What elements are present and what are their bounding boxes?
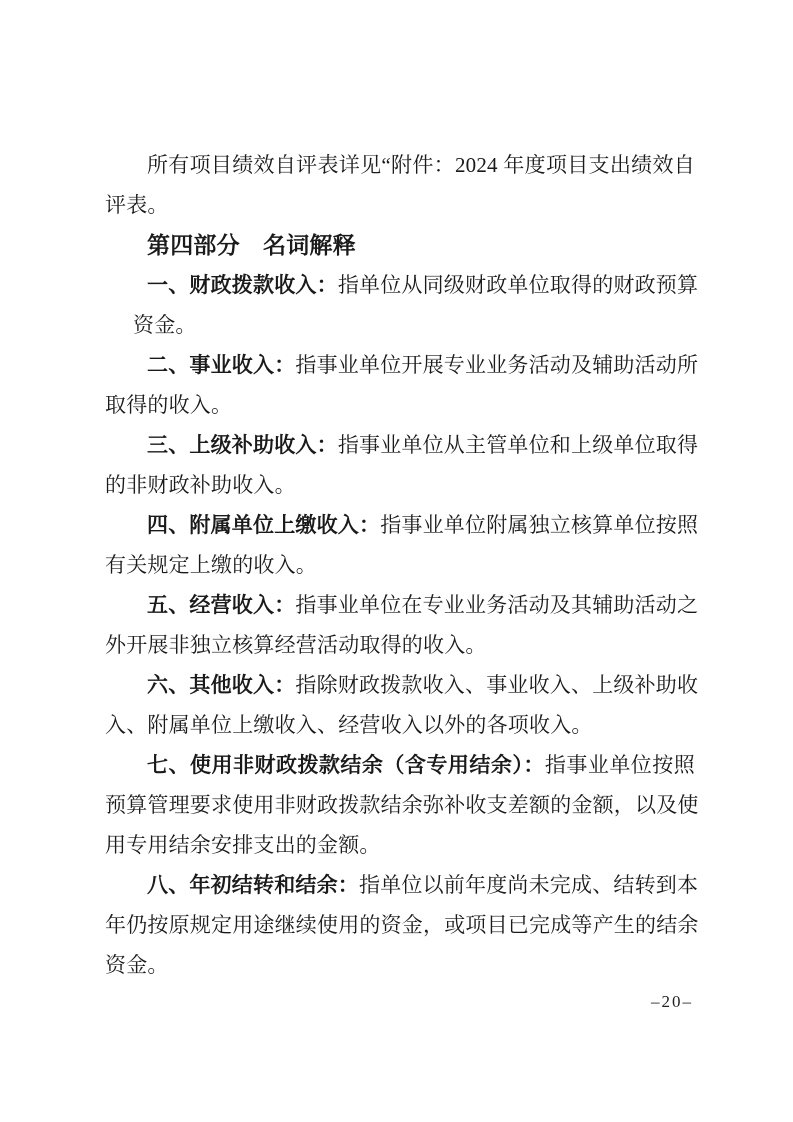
term-definition: 资金。 [133, 313, 197, 337]
term-label: 七、使用非财政拨款结余（含专用结余）： [147, 754, 545, 777]
term-definition: 指事业单位从主管单位和上级单位取得 [338, 433, 698, 457]
term-label: 六、其他收入： [147, 674, 295, 697]
term-affiliated-remittance-line-2: 有关规定上缴的收入。 [105, 545, 695, 585]
term-superior-subsidy-line-1: 三、上级补助收入：指事业单位从主管单位和上级单位取得 [105, 425, 695, 465]
document-body: 所有项目绩效自评表详见“附件：2024 年度项目支出绩效自 评表。 第四部分 名… [105, 145, 695, 985]
term-definition: 指事业单位附属独立核算单位按照 [380, 513, 698, 537]
term-definition: 的非财政补助收入。 [105, 473, 296, 497]
term-definition: 指除财政拨款收入、事业收入、上级补助收 [295, 673, 698, 697]
term-definition: 指单位以前年度尚未完成、结转到本 [359, 873, 698, 897]
intro-text: 所有项目绩效自评表详见“附件：2024 年度项目支出绩效自 [147, 153, 695, 177]
term-definition: 有关规定上缴的收入。 [105, 553, 317, 577]
term-other-income-line-1: 六、其他收入：指除财政拨款收入、事业收入、上级补助收 [105, 665, 695, 705]
term-label: 一、财政拨款收入： [147, 274, 338, 297]
term-label: 三、上级补助收入： [147, 434, 338, 457]
term-carryover-line-2: 年仍按原规定用途继续使用的资金，或项目已完成等产生的结余 [105, 905, 695, 945]
term-definition: 入、附属单位上缴收入、经营收入以外的各项收入。 [105, 713, 593, 737]
term-non-fiscal-surplus-line-3: 用专用结余安排支出的金额。 [105, 825, 695, 865]
page-number: –20– [651, 992, 693, 1012]
term-fiscal-appropriation-line-2: 资金。 [105, 305, 695, 345]
term-affiliated-remittance-line-1: 四、附属单位上缴收入：指事业单位附属独立核算单位按照 [105, 505, 695, 545]
term-business-income-line-1: 二、事业收入：指事业单位开展专业业务活动及辅助活动所 [105, 345, 695, 385]
intro-line-2: 评表。 [105, 185, 695, 225]
document-page: 所有项目绩效自评表详见“附件：2024 年度项目支出绩效自 评表。 第四部分 名… [0, 0, 793, 1122]
section-heading-text: 第四部分 名词解释 [147, 232, 356, 258]
term-fiscal-appropriation-line-1: 一、财政拨款收入：指单位从同级财政单位取得的财政预算 [105, 265, 695, 305]
term-label: 四、附属单位上缴收入： [147, 514, 380, 537]
term-non-fiscal-surplus-line-2: 预算管理要求使用非财政拨款结余弥补收支差额的金额，以及使 [105, 785, 695, 825]
term-operating-income-line-1: 五、经营收入：指事业单位在专业业务活动及其辅助活动之 [105, 585, 695, 625]
term-label: 二、事业收入： [147, 354, 295, 377]
term-carryover-line-3: 资金。 [105, 945, 695, 985]
term-definition: 资金。 [105, 953, 169, 977]
term-label: 八、年初结转和结余： [147, 874, 359, 897]
term-definition: 年仍按原规定用途继续使用的资金，或项目已完成等产生的结余 [105, 913, 699, 937]
term-operating-income-line-2: 外开展非独立核算经营活动取得的收入。 [105, 625, 695, 665]
intro-line-1: 所有项目绩效自评表详见“附件：2024 年度项目支出绩效自 [105, 145, 695, 185]
term-definition: 指单位从同级财政单位取得的财政预算 [338, 273, 698, 297]
term-business-income-line-2: 取得的收入。 [105, 385, 695, 425]
term-definition: 指事业单位在专业业务活动及其辅助活动之 [295, 593, 698, 617]
term-superior-subsidy-line-2: 的非财政补助收入。 [105, 465, 695, 505]
term-non-fiscal-surplus-line-1: 七、使用非财政拨款结余（含专用结余）：指事业单位按照 [105, 745, 695, 785]
term-definition: 外开展非独立核算经营活动取得的收入。 [105, 633, 487, 657]
term-definition: 指事业单位开展专业业务活动及辅助活动所 [295, 353, 698, 377]
term-definition: 预算管理要求使用非财政拨款结余弥补收支差额的金额，以及使 [105, 793, 699, 817]
intro-text: 评表。 [105, 193, 169, 217]
section-heading: 第四部分 名词解释 [105, 225, 695, 265]
term-definition: 用专用结余安排支出的金额。 [105, 833, 381, 857]
term-other-income-line-2: 入、附属单位上缴收入、经营收入以外的各项收入。 [105, 705, 695, 745]
term-definition: 取得的收入。 [105, 393, 232, 417]
term-label: 五、经营收入： [147, 594, 295, 617]
term-definition: 指事业单位按照 [545, 753, 695, 777]
term-carryover-line-1: 八、年初结转和结余：指单位以前年度尚未完成、结转到本 [105, 865, 695, 905]
